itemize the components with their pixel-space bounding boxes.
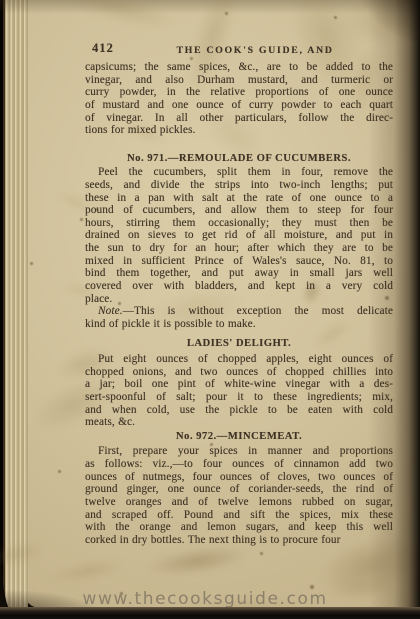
- text-line: with the orange and lemon sugars, and ke…: [85, 521, 393, 534]
- text-line: hours, stirring them occasionally; they …: [85, 217, 393, 230]
- paragraph: First, prepare your spices in manner and…: [85, 445, 393, 546]
- text-column: 412 THE COOK'S GUIDE, AND capsicums; the…: [85, 42, 393, 546]
- text-line: ground ginger, one ounce of coriander-se…: [85, 483, 393, 496]
- text-line: these in a pan with salt at the rate of …: [85, 192, 393, 205]
- text-line: sert-spoonful of salt; pour it to these …: [85, 391, 393, 404]
- text-line: chopped onions, and two ounces of choppe…: [85, 366, 393, 379]
- text-line: Peel the cucumbers, split them in four, …: [85, 166, 393, 179]
- text-line: pound of cucumbers, and allow them to st…: [85, 204, 393, 217]
- text-line: drained on sieves to get rid of all mois…: [85, 229, 393, 242]
- text-line: of mustard and one ounce of curry powder…: [85, 99, 393, 112]
- paragraph: Peel the cucumbers, split them in four, …: [85, 166, 393, 305]
- text-line: tions for mixed pickles.: [85, 124, 393, 137]
- page-header: 412 THE COOK'S GUIDE, AND: [85, 42, 393, 56]
- text-line: mixed in sufficient Prince of Wales's sa…: [85, 255, 393, 268]
- text-line: corked in dry bottles. The next thing is…: [85, 534, 393, 547]
- top-right-corner-shadow: [350, 0, 420, 52]
- watermark-text: www.thecooksguide.com: [83, 589, 328, 609]
- paragraph: Put eight ounces of chopped apples, eigh…: [85, 353, 393, 429]
- text-line: curry powder, in the relative proportion…: [85, 86, 393, 99]
- recipe-heading: LADIES' DELIGHT.: [85, 338, 393, 351]
- text-line: twelve oranges and of twelve lemons rubb…: [85, 496, 393, 509]
- text-line: bind them together, and put away in smal…: [85, 267, 393, 280]
- text-line: as follows: viz.,—to four ounces of cinn…: [85, 458, 393, 471]
- text-line: of vinegar. In all other particulars, fo…: [85, 112, 393, 125]
- text-line: ounces of nutmegs, four ounces of cloves…: [85, 471, 393, 484]
- note-lead-italic: Note.: [98, 305, 123, 317]
- text-line: covered over with bladders, and kept in …: [85, 280, 393, 293]
- page-curve-shadow: [368, 0, 420, 608]
- text-line: kind of pickle it is possible to make.: [85, 318, 393, 331]
- recipe-heading: No. 971.—REMOULADE OF CUCUMBERS.: [85, 153, 393, 166]
- book-page-edges: [0, 0, 28, 612]
- text-line: a jar; boil one pint of white-wine vineg…: [85, 378, 393, 391]
- note-paragraph: Note.—This is without exception the most…: [85, 305, 393, 330]
- paragraph: capsicums; the same spices, &c., are to …: [85, 61, 393, 137]
- text-line: meats, &c.: [85, 416, 393, 429]
- recipe-heading: No. 972.—MINCEMEAT.: [85, 431, 393, 444]
- text-line: Put eight ounces of chopped apples, eigh…: [85, 353, 393, 366]
- text-line: Note.—This is without exception the most…: [85, 305, 393, 318]
- text-line: place.: [85, 293, 393, 306]
- text-line: capsicums; the same spices, &c., are to …: [85, 61, 393, 74]
- text-line: vinegar, and also Durham mustard, and tu…: [85, 74, 393, 87]
- page-number: 412: [92, 41, 114, 56]
- text-line: the sun to dry for an hour; after which …: [85, 242, 393, 255]
- text-line: and when cold, use the pickle to be eate…: [85, 404, 393, 417]
- text-line: seeds, and divide the strips into two-in…: [85, 179, 393, 192]
- page-body: capsicums; the same spices, &c., are to …: [85, 61, 393, 546]
- running-header: THE COOK'S GUIDE, AND: [176, 45, 333, 56]
- text-line: and scraped off. Pound and sift the spic…: [85, 509, 393, 522]
- text-line: First, prepare your spices in manner and…: [85, 445, 393, 458]
- scanner-bottom-band: [0, 607, 420, 619]
- scanned-book-page: 412 THE COOK'S GUIDE, AND capsicums; the…: [0, 0, 420, 619]
